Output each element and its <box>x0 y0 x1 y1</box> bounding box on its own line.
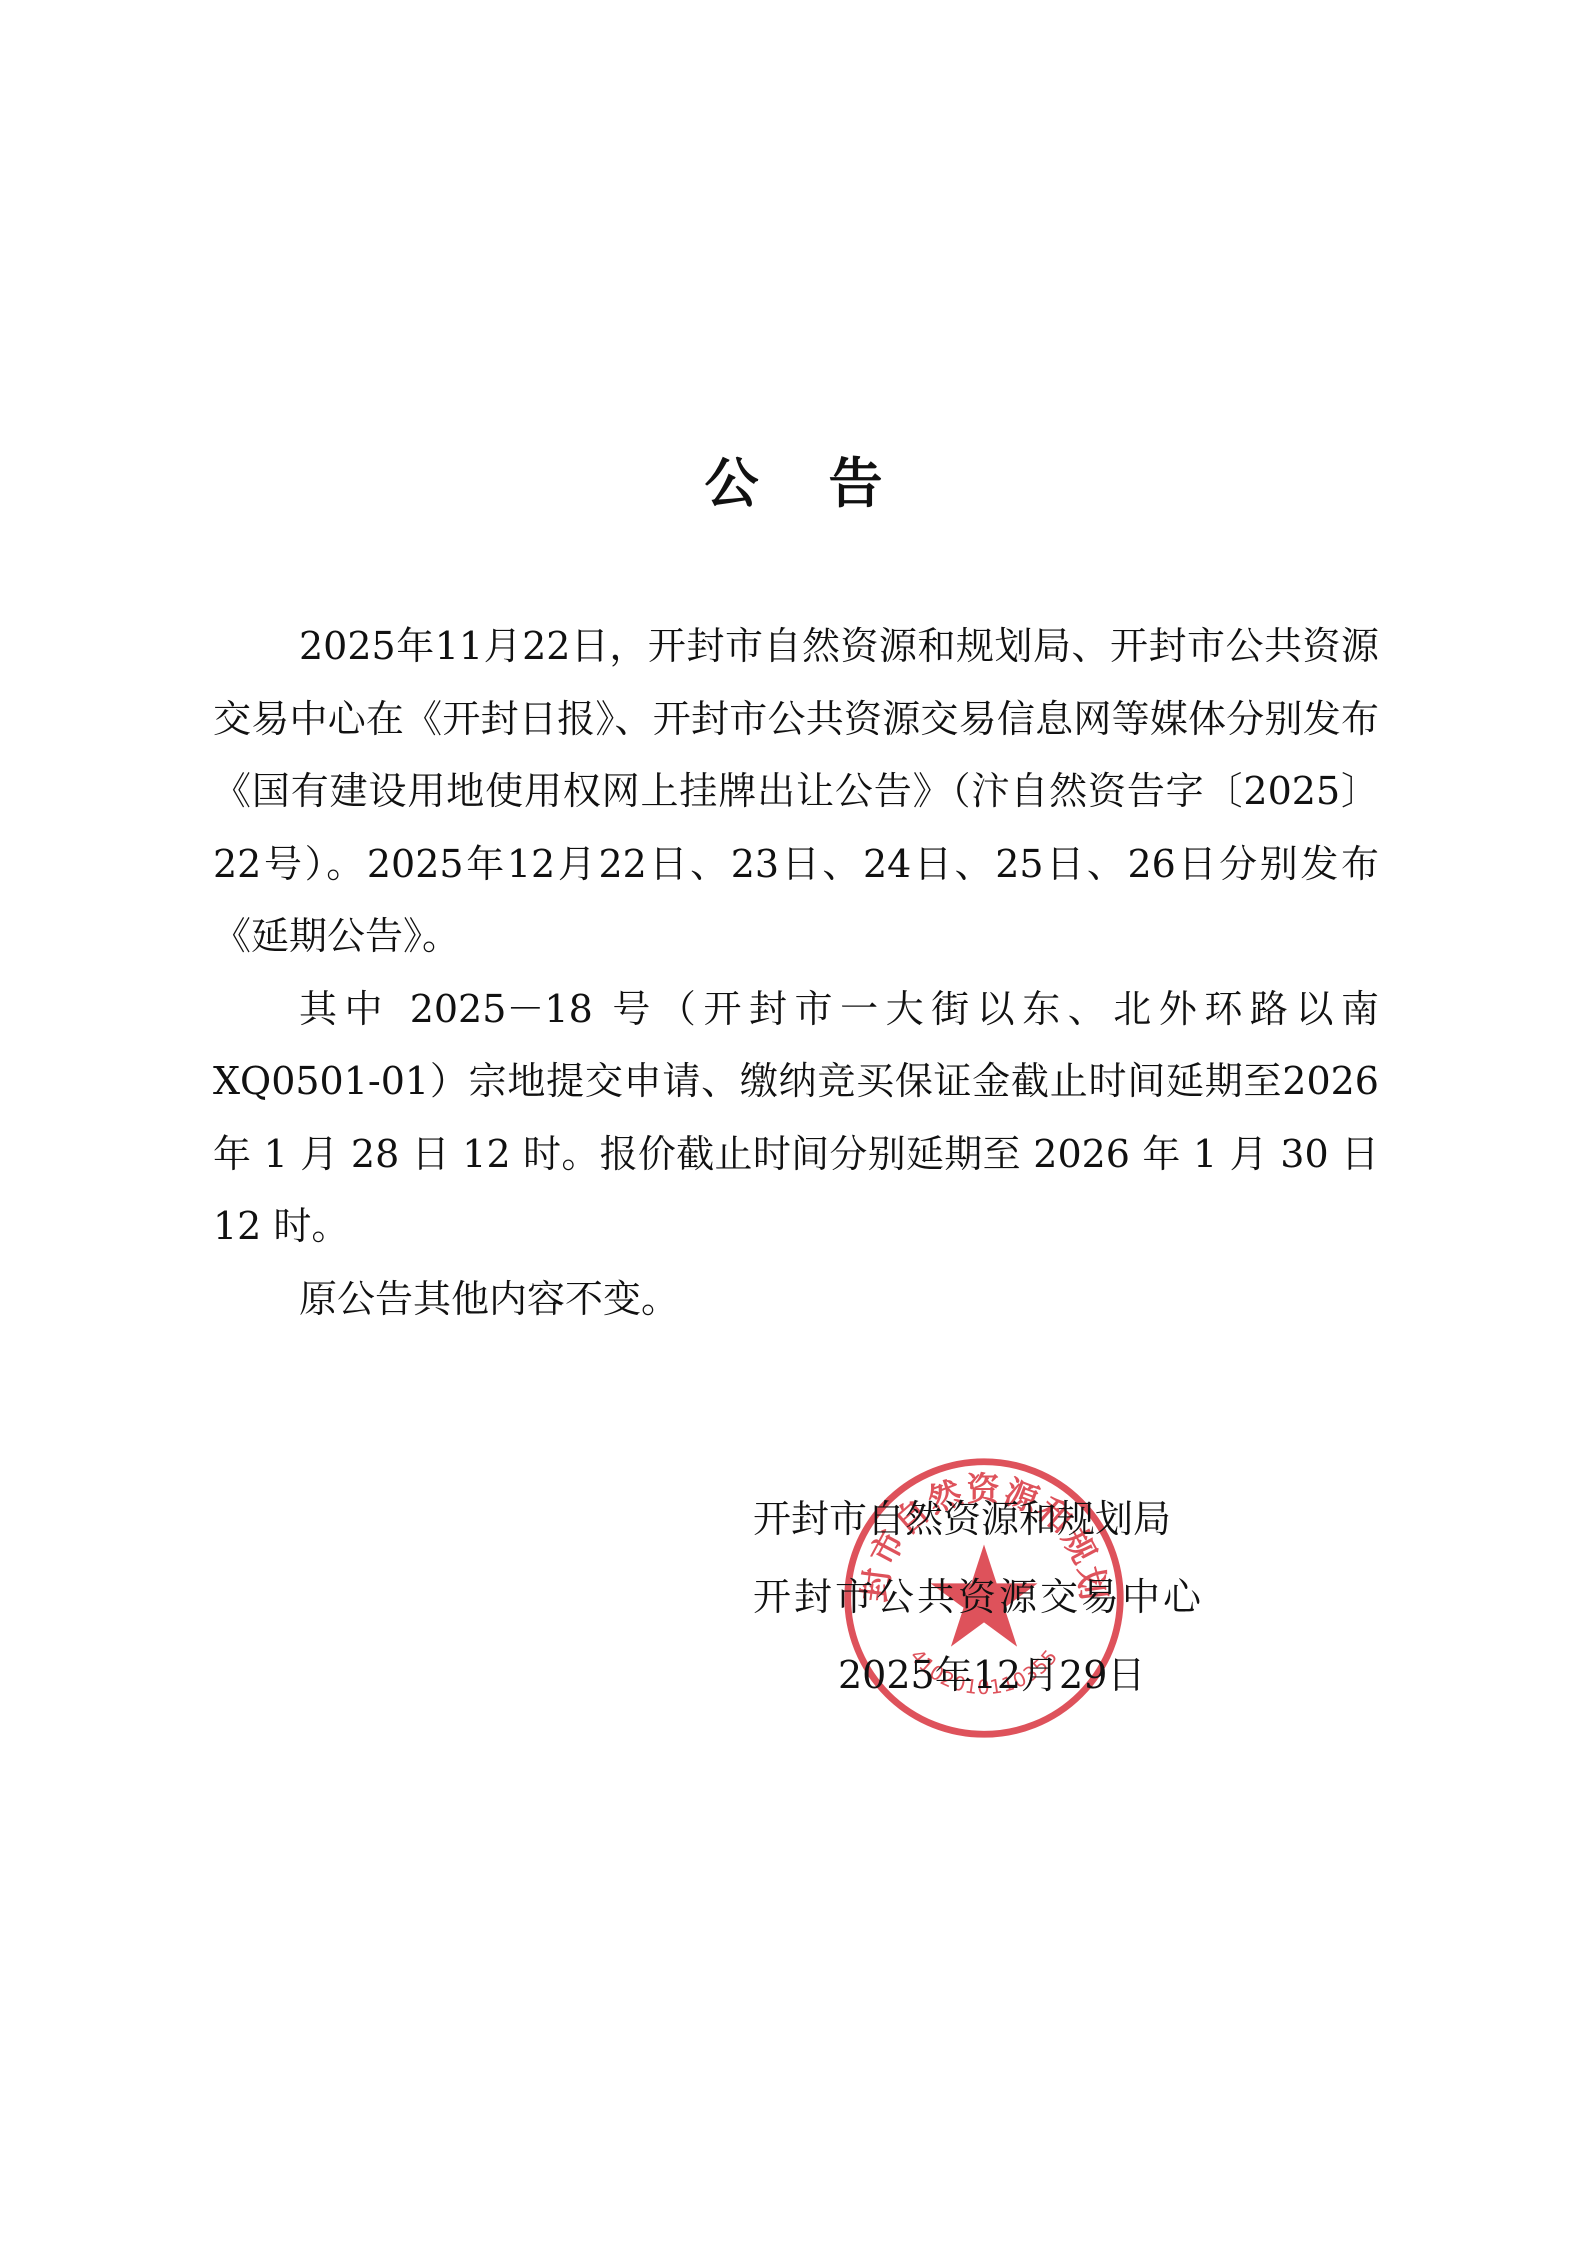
issuer-public-resources-trading-center: 开封市公共资源交易中心 <box>700 1558 1260 1636</box>
issue-date: 2025年12月29日 <box>700 1636 1260 1714</box>
document-title: 公告 <box>0 448 1587 520</box>
paragraph-announcement-history: 2025年11月22日，开封市自然资源和规划局、开封市公共资源交易中心在《开封日… <box>213 610 1379 973</box>
document-page: 公告 2025年11月22日，开封市自然资源和规划局、开封市公共资源交易中心在《… <box>0 0 1587 2245</box>
paragraph-deadline-extension: 其中 2025－18 号（开封市一大街以东、北外环路以南XQ0501-01）宗地… <box>213 973 1379 1263</box>
issuer-natural-resources-bureau: 开封市自然资源和规划局 <box>700 1480 1260 1558</box>
paragraph-other-content-unchanged: 原公告其他内容不变。 <box>213 1263 1379 1336</box>
document-body: 2025年11月22日，开封市自然资源和规划局、开封市公共资源交易中心在《开封日… <box>213 610 1379 1335</box>
signature-block: 开封市自然资源和规划局 开封市公共资源交易中心 2025年12月29日 <box>700 1480 1260 1714</box>
